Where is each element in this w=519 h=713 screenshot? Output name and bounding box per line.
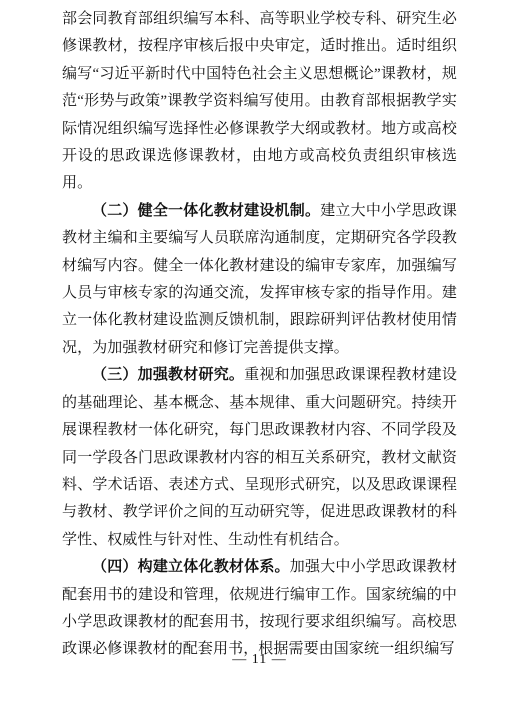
paragraph-text: 建立大中小学思政课教材主编和主要编写人员联席沟通制度，定期研究各学段教材编写内容…	[62, 203, 457, 356]
body-paragraph: （四）构建立体化教材体系。加强大中小学思政课教材配套用书的建设和管理，依规进行编…	[62, 554, 457, 664]
body-paragraph: （二）健全一体化教材建设机制。建立大中小学思政课教材主编和主要编写人员联席沟通制…	[62, 198, 457, 362]
page-number: — 11 —	[0, 652, 519, 668]
body-paragraph: 部会同教育部组织编写本科、高等职业学校专科、研究生必修课教材，按程序审核后报中央…	[62, 6, 457, 198]
paragraph-text: 部会同教育部组织编写本科、高等职业学校专科、研究生必修课教材，按程序审核后报中央…	[62, 11, 457, 191]
document-page: { "document": { "paragraphs": [ { "headi…	[0, 0, 519, 713]
section-heading: （三）加强教材研究。	[92, 367, 244, 383]
section-heading: （四）构建立体化教材体系。	[92, 559, 290, 575]
body-paragraph: （三）加强教材研究。重视和加强思政课课程教材建设的基础理论、基本概念、基本规律、…	[62, 362, 457, 554]
document-body: 部会同教育部组织编写本科、高等职业学校专科、研究生必修课教材，按程序审核后报中央…	[62, 6, 457, 664]
paragraph-text: 重视和加强思政课课程教材建设的基础理论、基本概念、基本规律、重大问题研究。持续开…	[62, 367, 457, 547]
section-heading: （二）健全一体化教材建设机制。	[92, 203, 320, 219]
